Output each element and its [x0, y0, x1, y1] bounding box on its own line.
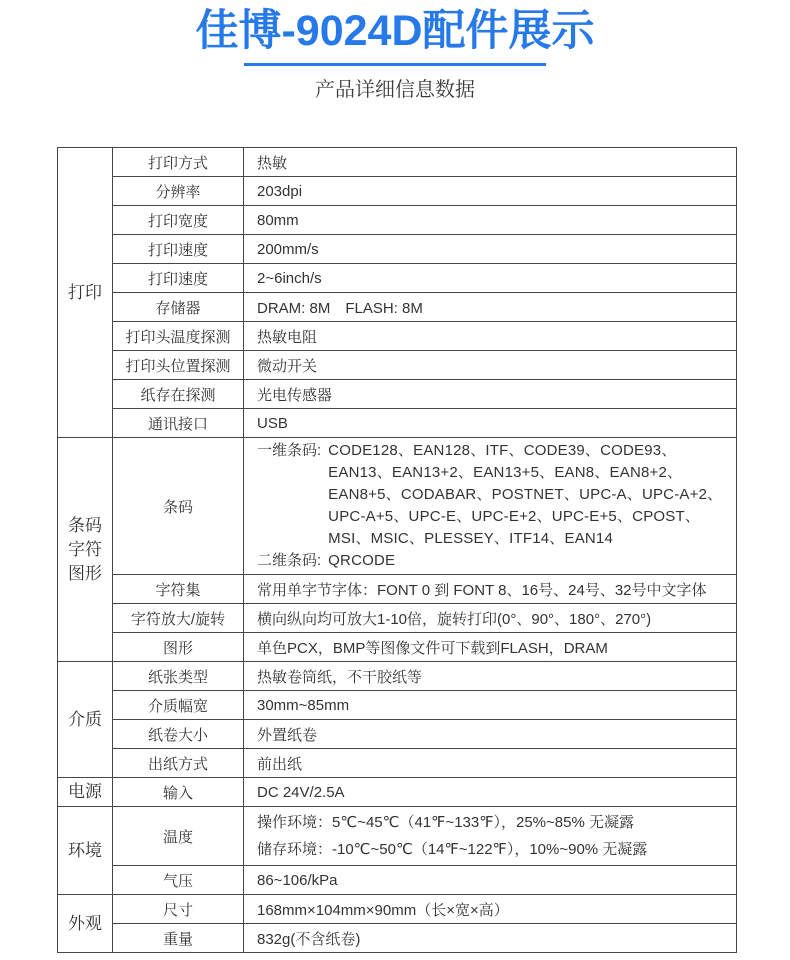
spec-label: 出纸方式 [113, 749, 244, 778]
barcode-2d-list: QRCODE [328, 550, 726, 572]
spec-label: 字符放大/旋转 [113, 604, 244, 633]
spec-value: 86~106/kPa [244, 866, 737, 895]
spec-label: 通讯接口 [113, 409, 244, 438]
spec-value: 光电传感器 [244, 380, 737, 409]
spec-value: 外置纸卷 [244, 720, 737, 749]
title-underline [244, 63, 546, 66]
page-subtitle: 产品详细信息数据 [0, 77, 790, 103]
spec-label: 打印方式 [113, 148, 244, 177]
spec-label: 分辨率 [113, 177, 244, 206]
spec-value: 热敏卷筒纸，不干胶纸等 [244, 662, 737, 691]
spec-value: 热敏 [244, 148, 737, 177]
spec-row: 打印头位置探测 微动开关 [58, 351, 737, 380]
spec-label: 温度 [113, 807, 244, 866]
spec-label: 图形 [113, 633, 244, 662]
spec-value: 前出纸 [244, 749, 737, 778]
spec-row: 存储器 DRAM: 8M FLASH: 8M [58, 293, 737, 322]
group-cell-print: 打印 [58, 148, 113, 438]
spec-label: 纸张类型 [113, 662, 244, 691]
spec-row: 打印头温度探测 热敏电阻 [58, 322, 737, 351]
group-label: 外观 [65, 912, 105, 936]
spec-label: 介质幅宽 [113, 691, 244, 720]
spec-label: 打印宽度 [113, 206, 244, 235]
group-label: 打印 [65, 281, 105, 305]
group-cell-power: 电源 [58, 778, 113, 807]
spec-label: 纸卷大小 [113, 720, 244, 749]
spec-value-temperature: 操作环境：5℃~45℃（41℉~133℉），25%~85% 无凝露 储存环境：-… [244, 807, 737, 866]
spec-row: 出纸方式 前出纸 [58, 749, 737, 778]
spec-row: 字符集 常用单字节字体：FONT 0 到 FONT 8、16号、24号、32号中… [58, 575, 737, 604]
spec-row: 外观 尺寸 168mm×104mm×90mm（长×宽×高） [58, 895, 737, 924]
spec-value: 30mm~85mm [244, 691, 737, 720]
spec-value: 单色PCX，BMP等图像文件可下载到FLASH，DRAM [244, 633, 737, 662]
barcode-2d-label: 二维条码: [257, 550, 321, 572]
spec-label: 打印速度 [113, 235, 244, 264]
page-header: 佳博-9024D配件展示 产品详细信息数据 [0, 0, 790, 103]
spec-row: 环境 温度 操作环境：5℃~45℃（41℉~133℉），25%~85% 无凝露 … [58, 807, 737, 866]
page-title: 佳博-9024D配件展示 [0, 6, 790, 56]
spec-value: 横向纵向均可放大1-10倍，旋转打印(0°、90°、180°、270°) [244, 604, 737, 633]
group-cell-environment: 环境 [58, 807, 113, 895]
barcode-1d-list: CODE128、EAN128、ITF、CODE39、CODE93、EAN13、E… [328, 440, 726, 550]
spec-row: 打印速度 2~6inch/s [58, 264, 737, 293]
spec-row: 图形 单色PCX，BMP等图像文件可下载到FLASH，DRAM [58, 633, 737, 662]
spec-row: 打印 打印方式 热敏 [58, 148, 737, 177]
spec-value: DRAM: 8M FLASH: 8M [244, 293, 737, 322]
spec-value: DC 24V/2.5A [244, 778, 737, 807]
spec-value: 常用单字节字体：FONT 0 到 FONT 8、16号、24号、32号中文字体 [244, 575, 737, 604]
spec-label: 输入 [113, 778, 244, 807]
barcode-1d-line: 一维条码: CODE128、EAN128、ITF、CODE39、CODE93、E… [257, 440, 726, 550]
group-label: 电源 [65, 780, 105, 804]
group-label: 介质 [65, 708, 105, 732]
spec-value: 203dpi [244, 177, 737, 206]
barcode-2d-line: 二维条码: QRCODE [257, 550, 726, 572]
spec-value: 168mm×104mm×90mm（长×宽×高） [244, 895, 737, 924]
spec-label: 打印头温度探测 [113, 322, 244, 351]
spec-value: 200mm/s [244, 235, 737, 264]
spec-label: 气压 [113, 866, 244, 895]
spec-label: 打印速度 [113, 264, 244, 293]
spec-row: 纸存在探测 光电传感器 [58, 380, 737, 409]
spec-row: 条码字符图形 条码 一维条码: CODE128、EAN128、ITF、CODE3… [58, 438, 737, 575]
spec-row: 电源 输入 DC 24V/2.5A [58, 778, 737, 807]
spec-value: USB [244, 409, 737, 438]
barcode-1d-label: 一维条码: [257, 440, 321, 462]
temperature-operating: 操作环境：5℃~45℃（41℉~133℉），25%~85% 无凝露 [257, 809, 726, 836]
spec-label: 字符集 [113, 575, 244, 604]
spec-value-barcode: 一维条码: CODE128、EAN128、ITF、CODE39、CODE93、E… [244, 438, 737, 575]
spec-value: 微动开关 [244, 351, 737, 380]
spec-row: 介质 纸张类型 热敏卷筒纸，不干胶纸等 [58, 662, 737, 691]
spec-value: 2~6inch/s [244, 264, 737, 293]
spec-label: 重量 [113, 924, 244, 953]
spec-label: 打印头位置探测 [113, 351, 244, 380]
spec-row: 打印速度 200mm/s [58, 235, 737, 264]
group-cell-media: 介质 [58, 662, 113, 778]
page: 佳博-9024D配件展示 产品详细信息数据 打印 打印方式 热敏 分辨率 203… [0, 0, 790, 960]
spec-value: 832g(不含纸卷) [244, 924, 737, 953]
group-cell-barcode-char-graphic: 条码字符图形 [58, 438, 113, 662]
temperature-storage: 储存环境：-10℃~50℃（14℉~122℉），10%~90% 无凝露 [257, 836, 726, 863]
spec-row: 纸卷大小 外置纸卷 [58, 720, 737, 749]
spec-row: 通讯接口 USB [58, 409, 737, 438]
group-label: 环境 [65, 839, 105, 863]
spec-value: 热敏电阻 [244, 322, 737, 351]
spec-label: 条码 [113, 438, 244, 575]
spec-label: 尺寸 [113, 895, 244, 924]
spec-value: 80mm [244, 206, 737, 235]
spec-label: 纸存在探测 [113, 380, 244, 409]
spec-row: 字符放大/旋转 横向纵向均可放大1-10倍，旋转打印(0°、90°、180°、2… [58, 604, 737, 633]
spec-table: 打印 打印方式 热敏 分辨率 203dpi 打印宽度 80mm 打印速度 200… [57, 147, 737, 953]
spec-row: 重量 832g(不含纸卷) [58, 924, 737, 953]
group-cell-appearance: 外观 [58, 895, 113, 953]
spec-row: 介质幅宽 30mm~85mm [58, 691, 737, 720]
spec-row: 打印宽度 80mm [58, 206, 737, 235]
spec-row: 分辨率 203dpi [58, 177, 737, 206]
spec-row: 气压 86~106/kPa [58, 866, 737, 895]
spec-label: 存储器 [113, 293, 244, 322]
group-label: 条码字符图形 [65, 514, 105, 586]
